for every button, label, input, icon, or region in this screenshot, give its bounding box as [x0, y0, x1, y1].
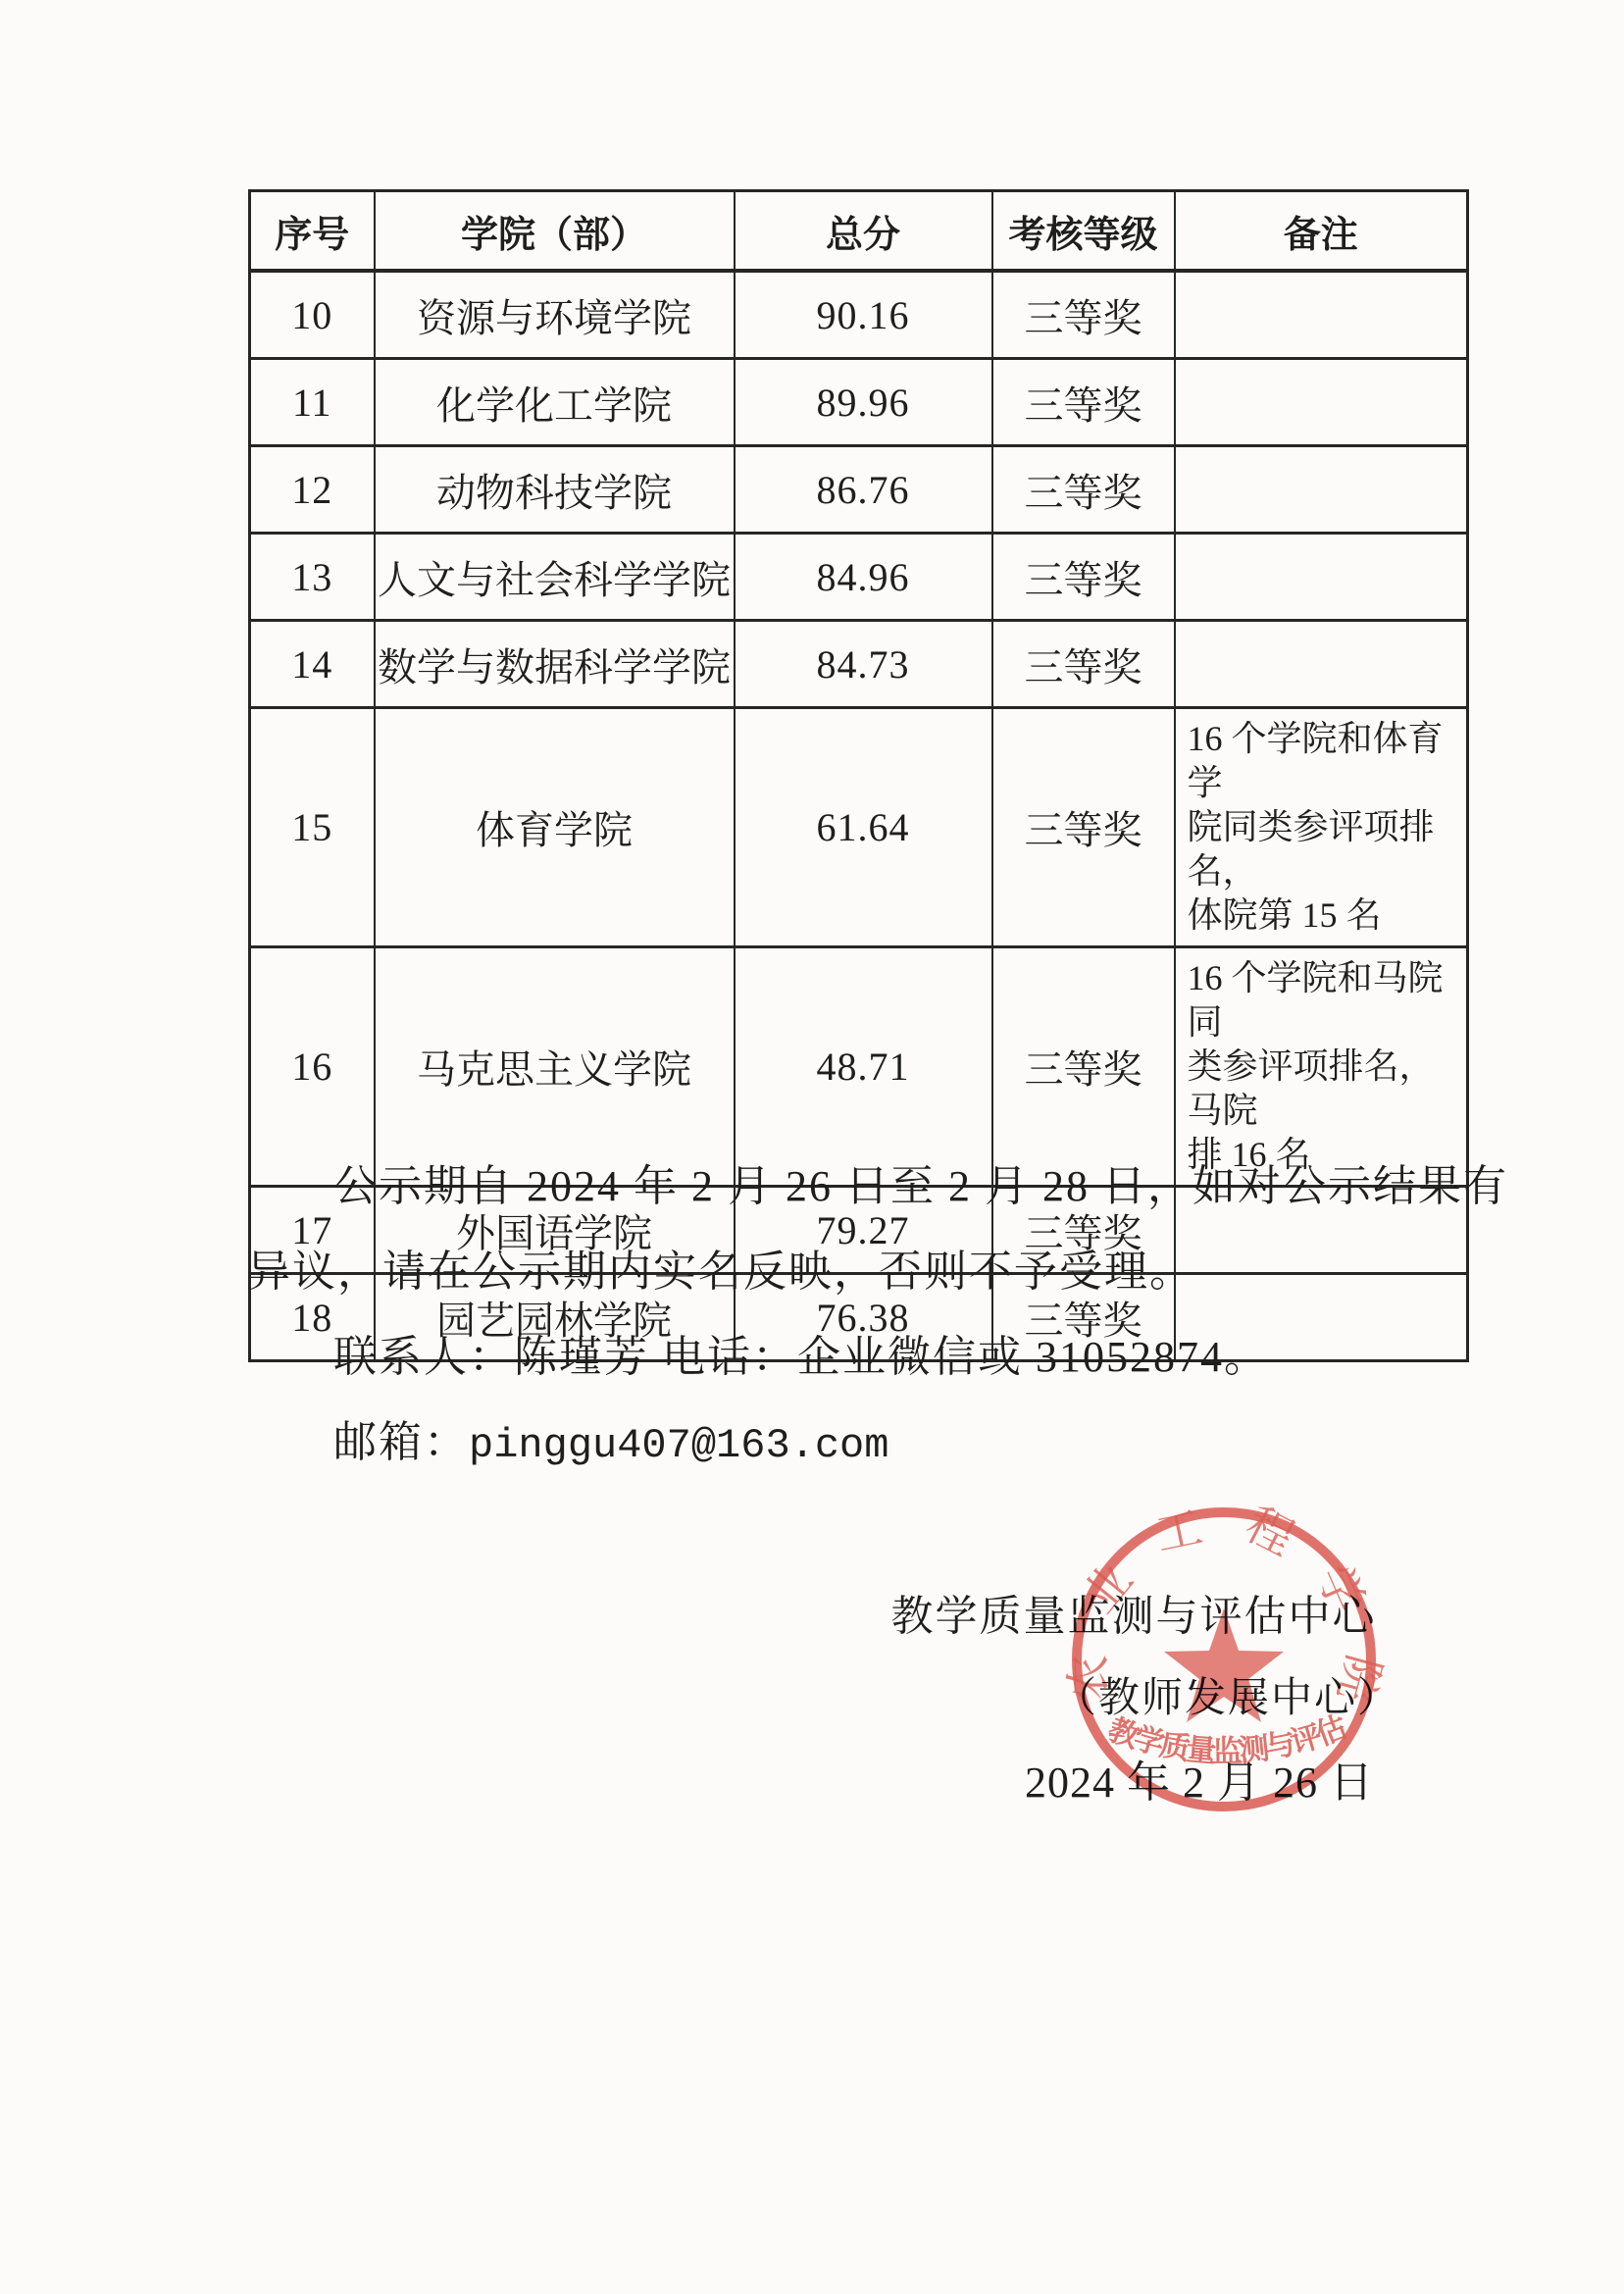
table-header-row: 序号学院（部）总分考核等级备注 [250, 191, 1468, 272]
document-page: 序号学院（部）总分考核等级备注 10资源与环境学院90.16三等奖11化学化工学… [0, 0, 1624, 2294]
notice-line-1: 公示期自 2024 年 2 月 26 日至 2 月 28 日，如对公示结果有 [247, 1144, 1414, 1229]
cell-grade: 三等奖 [992, 446, 1175, 534]
cell-college: 化学化工学院 [375, 359, 735, 446]
notice-paragraphs: 公示期自 2024 年 2 月 26 日至 2 月 28 日，如对公示结果有 异… [247, 1144, 1414, 1485]
cell-remark [1175, 534, 1468, 621]
table-row: 12动物科技学院86.76三等奖 [250, 446, 1468, 534]
signature-date: 2024 年 2 月 26 日 [1025, 1747, 1374, 1810]
notice-line-2: 异议，请在公示期内实名反映，否则不予受理。 [247, 1229, 1414, 1314]
cell-no: 14 [250, 621, 375, 708]
cell-college: 人文与社会科学学院 [375, 534, 735, 621]
email-address: pinggu407@163.com [469, 1422, 888, 1469]
table-row: 15体育学院61.64三等奖16 个学院和体育学 院同类参评项排名， 体院第 1… [250, 708, 1468, 947]
table-row: 14数学与数据科学学院84.73三等奖 [250, 621, 1468, 708]
cell-grade: 三等奖 [992, 359, 1175, 446]
cell-score: 84.96 [735, 534, 992, 621]
cell-grade: 三等奖 [992, 271, 1175, 359]
cell-remark: 16 个学院和体育学 院同类参评项排名， 体院第 15 名 [1175, 708, 1468, 947]
cell-grade: 三等奖 [992, 621, 1175, 708]
contact-line: 联系人：陈瑾芳 电话：企业微信或 31052874。 [247, 1314, 1414, 1400]
column-header-4: 备注 [1175, 191, 1468, 272]
cell-remark [1175, 446, 1468, 534]
table-row: 13人文与社会科学学院84.96三等奖 [250, 534, 1468, 621]
cell-remark [1175, 621, 1468, 708]
cell-grade: 三等奖 [992, 708, 1175, 947]
column-header-1: 学院（部） [375, 191, 735, 272]
table-row: 11化学化工学院89.96三等奖 [250, 359, 1468, 446]
cell-score: 90.16 [735, 271, 992, 359]
column-header-2: 总分 [735, 191, 992, 272]
signature-sub-org: （教师发展中心） [1055, 1665, 1400, 1724]
cell-no: 11 [250, 359, 375, 446]
column-header-3: 考核等级 [992, 191, 1175, 272]
email-line: 邮箱：pinggu407@163.com [247, 1400, 1414, 1485]
cell-no: 15 [250, 708, 375, 947]
header-row: 序号学院（部）总分考核等级备注 [250, 191, 1468, 272]
cell-no: 12 [250, 446, 375, 534]
cell-score: 89.96 [735, 359, 992, 446]
cell-no: 10 [250, 271, 375, 359]
cell-college: 动物科技学院 [375, 446, 735, 534]
cell-grade: 三等奖 [992, 534, 1175, 621]
cell-college: 数学与数据科学学院 [375, 621, 735, 708]
cell-no: 13 [250, 534, 375, 621]
cell-remark [1175, 359, 1468, 446]
cell-college: 体育学院 [375, 708, 735, 947]
cell-college: 资源与环境学院 [375, 271, 735, 359]
cell-score: 84.73 [735, 621, 992, 708]
cell-score: 61.64 [735, 708, 992, 947]
signature-org: 教学质量监测与评估中心 [891, 1584, 1377, 1644]
table-row: 10资源与环境学院90.16三等奖 [250, 271, 1468, 359]
cell-remark [1175, 271, 1468, 359]
cell-score: 86.76 [735, 446, 992, 534]
column-header-0: 序号 [250, 191, 375, 272]
email-label: 邮箱： [333, 1418, 469, 1466]
